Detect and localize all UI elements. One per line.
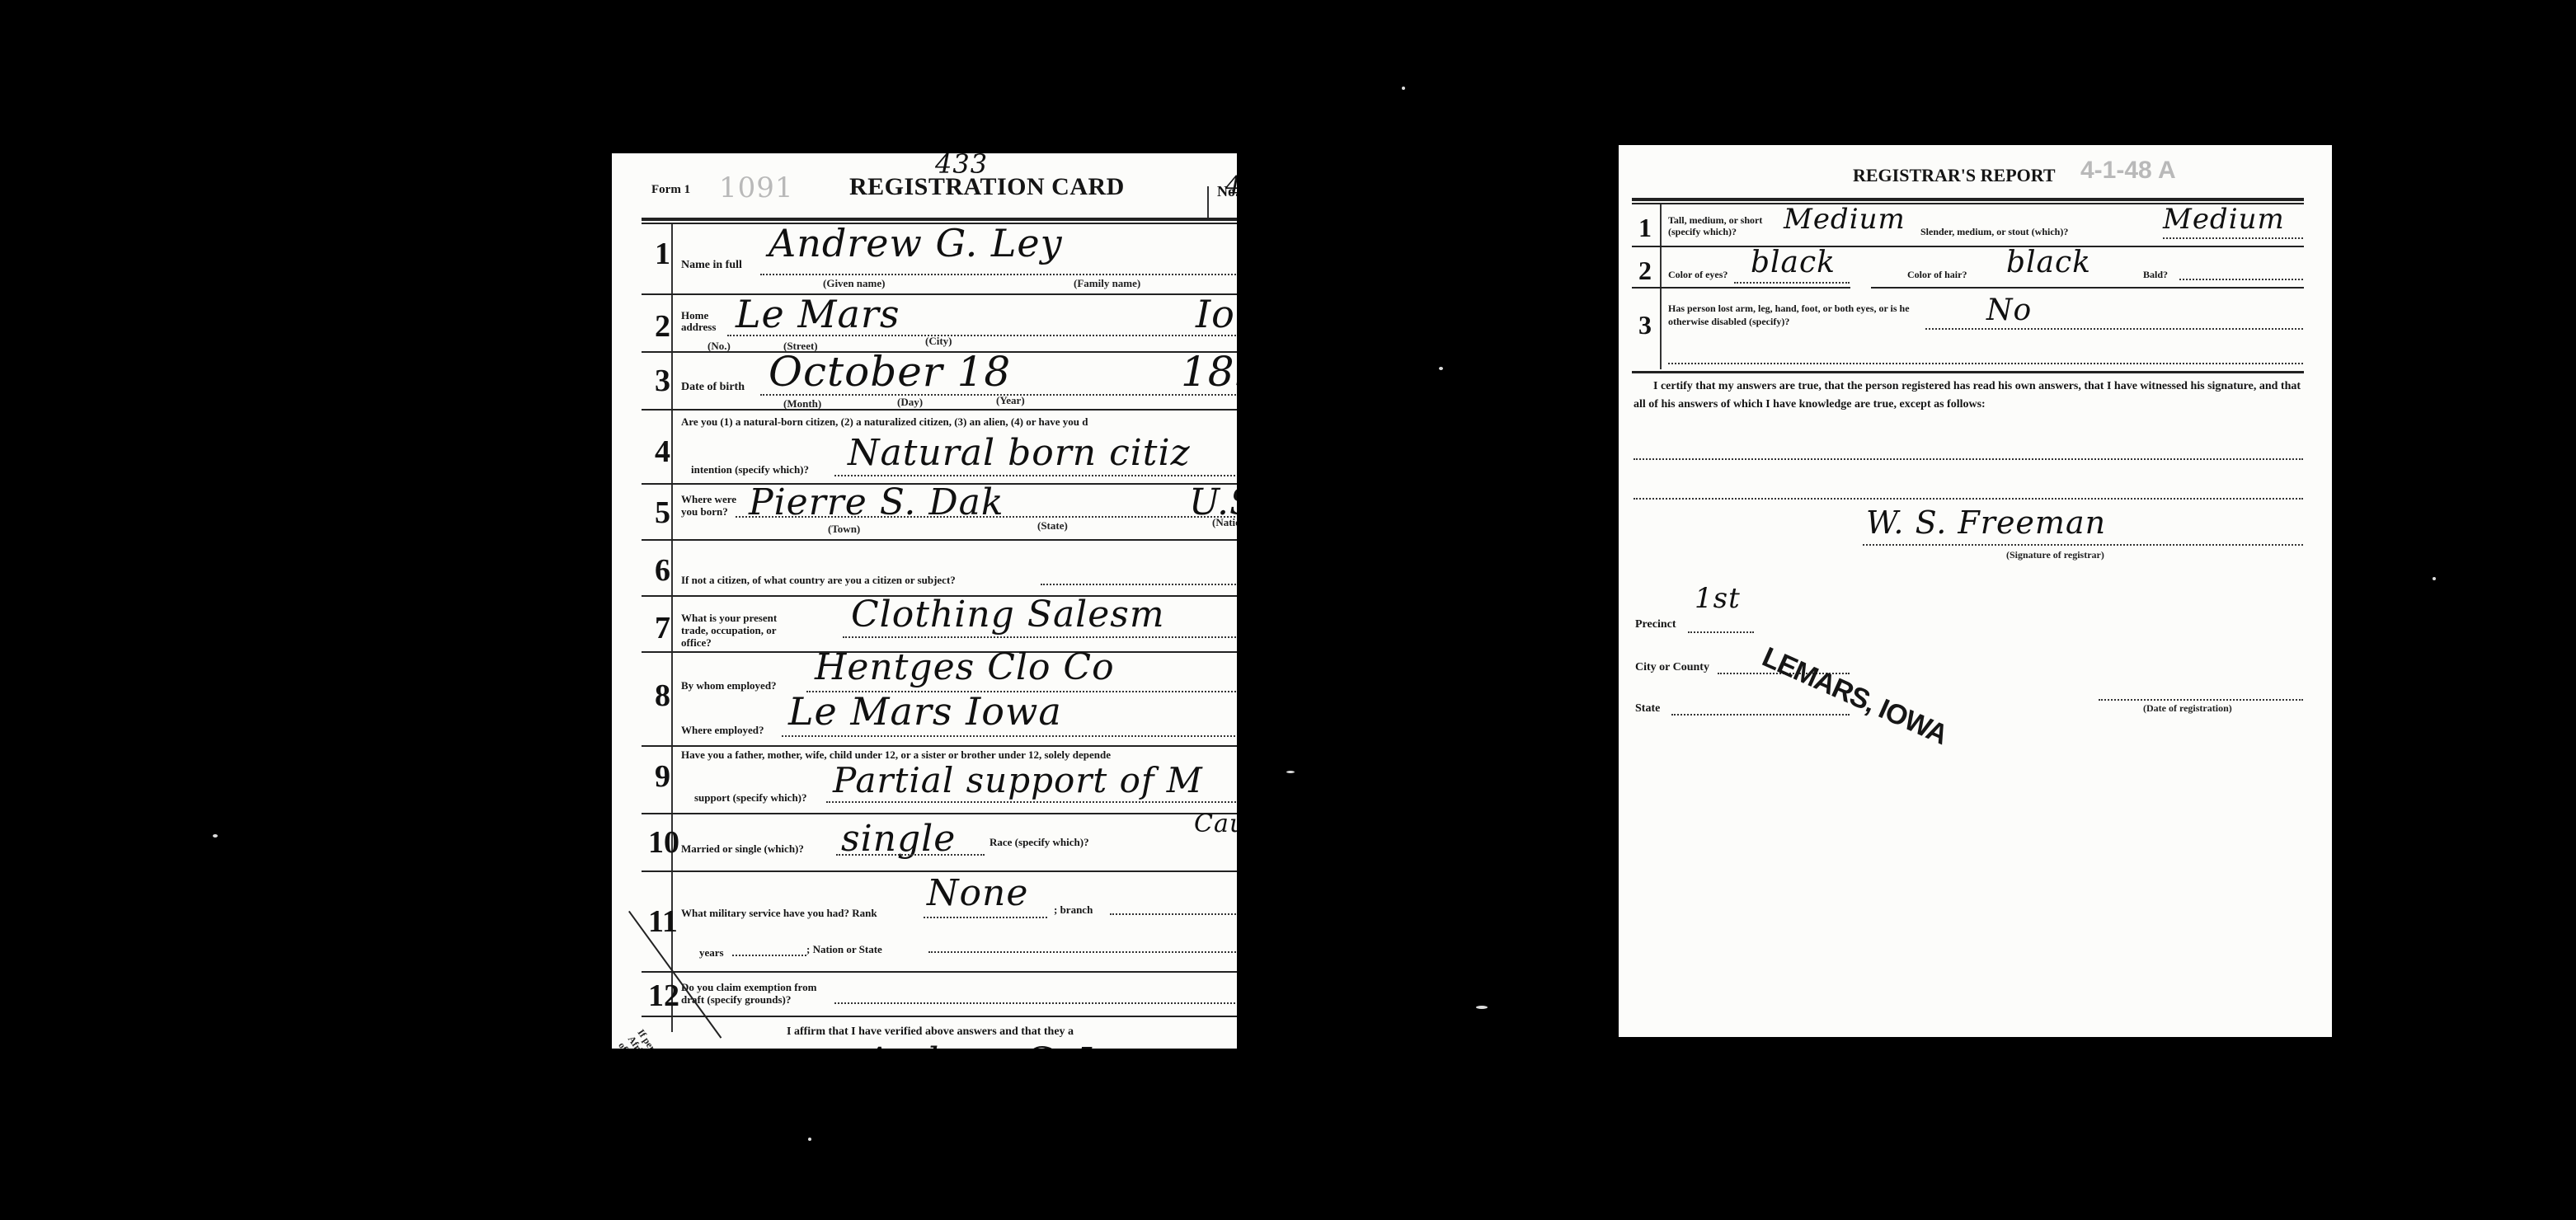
row-number: 11 [648,903,678,940]
field-label: Date of birth [681,381,745,394]
field-label: Where were you born? [681,493,747,518]
row-number: 5 [655,495,670,531]
caption: (State) [1037,519,1068,533]
field-label: ; branch [1054,903,1093,917]
military-answer: None [927,872,1028,914]
registrar-signature: W. S. Freeman [1866,504,2106,541]
build-answer: Medium [2163,203,2285,236]
row-number: 10 [648,824,679,861]
registrar-signature-caption: (Signature of registrar) [2006,549,2104,561]
address-answer: Le Mars [736,292,900,336]
registrar-report-card: REGISTRAR'S REPORT 4-1-48 A 1 Tall, medi… [1619,145,2332,1037]
field-label: Color of hair? [1907,269,1967,281]
field-label: years [699,946,724,960]
form-label: Form 1 [651,183,690,197]
caption: (Day) [897,396,923,409]
name-answer: Andrew G. Ley [769,221,1063,265]
field-label: intention (specify which)? [691,463,809,476]
caption: (Year) [996,394,1025,407]
report-title: REGISTRAR'S REPORT [1853,165,2056,186]
field-label: By whom employed? [681,679,777,692]
field-label: Where employed? [681,724,764,737]
registrant-signature: Andrew G. Ley [864,1040,1146,1049]
caption: (Given name) [823,277,885,290]
row-number: 3 [655,363,670,399]
row-number: 8 [655,678,670,714]
tear-corner-note: If person is of African descent, tear of… [616,1027,695,1049]
registration-card: Form 1 1091 433 REGISTRATION CARD No. 4 … [612,153,1237,1049]
serial-pencil: 1091 [719,171,794,204]
race-answer: Cauc [1194,809,1237,838]
affirm-text: I affirm that I have verified above answ… [787,1025,1074,1039]
state-label: State [1635,702,1660,716]
no-value: 4 [1225,171,1237,200]
precinct-label: Precinct [1635,618,1676,631]
field-label: What military service have you had? Rank [681,907,877,920]
film-speck [213,834,218,838]
film-speck [1476,1006,1488,1009]
field-label: If not a citizen, of what country are yo… [681,574,956,587]
disability-answer: No [1986,293,2032,327]
film-speck [2433,577,2436,580]
film-speck [1402,87,1405,90]
field-label-top: Are you (1) a natural-born citizen, (2) … [681,415,1088,429]
employer-answer: Hentges Clo Co [815,646,1115,688]
row-number: 6 [655,552,670,589]
birth-answer: October 18 [769,348,1011,396]
city-county-label: City or County [1635,661,1709,674]
field-label: Married or single (which)? [681,842,804,856]
field-label: support (specify which)? [694,791,807,805]
film-speck [1286,771,1295,773]
row-number: 9 [655,758,670,795]
row-number: 4 [655,434,670,470]
field-label: Has person lost arm, leg, hand, foot, or… [1668,302,1940,328]
film-speck [1439,367,1443,370]
field-label: Color of eyes? [1668,269,1728,281]
field-label: What is your present trade, occupation, … [681,612,805,649]
citizenship-answer: Natural born citiz [848,432,1191,474]
address-state: Io [1196,292,1235,336]
row-number: 3 [1638,310,1652,340]
employer-location-answer: Le Mars Iowa [788,689,1062,734]
caption: (Town) [828,523,860,536]
certify-text: I certify that my answers are true, that… [1634,378,2301,414]
row-number: 1 [655,236,670,272]
occupation-answer: Clothing Salesm [851,594,1165,636]
report-stamp-code: 4-1-48 A [2080,157,2176,185]
row-number: 12 [648,978,679,1014]
field-label: Bald? [2143,269,2168,281]
caption: (City) [925,335,952,348]
caption: (Natio [1212,516,1237,529]
hair-color-answer: black [2006,246,2091,279]
field-label: Do you claim exemption from draft (speci… [681,981,838,1006]
card-title: REGISTRATION CARD [849,173,1125,201]
field-label: ; Nation or State [806,943,882,956]
date-of-registration-caption: (Date of registration) [2143,702,2232,715]
row-number: 2 [1638,256,1652,286]
field-label: Slender, medium, or stout (which)? [1920,226,2068,238]
field-label: Name in full [681,259,742,272]
field-label: Home address [681,310,731,333]
row-number: 2 [655,308,670,345]
caption: (Family name) [1074,277,1140,290]
field-label: Tall, medium, or short (specify which)? [1668,214,1792,237]
dependents-answer: Partial support of M [833,760,1203,800]
precinct-value: 1st [1695,582,1741,615]
row-number: 1 [1638,213,1652,243]
film-speck [808,1138,811,1141]
row-number: 7 [655,610,670,646]
height-answer: Medium [1784,203,1906,236]
birth-year: 189 [1181,348,1237,396]
eye-color-answer: black [1751,246,1836,279]
location-stamp: LEMARS, IOWA [1757,641,1952,752]
field-label: Race (specify which)? [990,836,1089,849]
